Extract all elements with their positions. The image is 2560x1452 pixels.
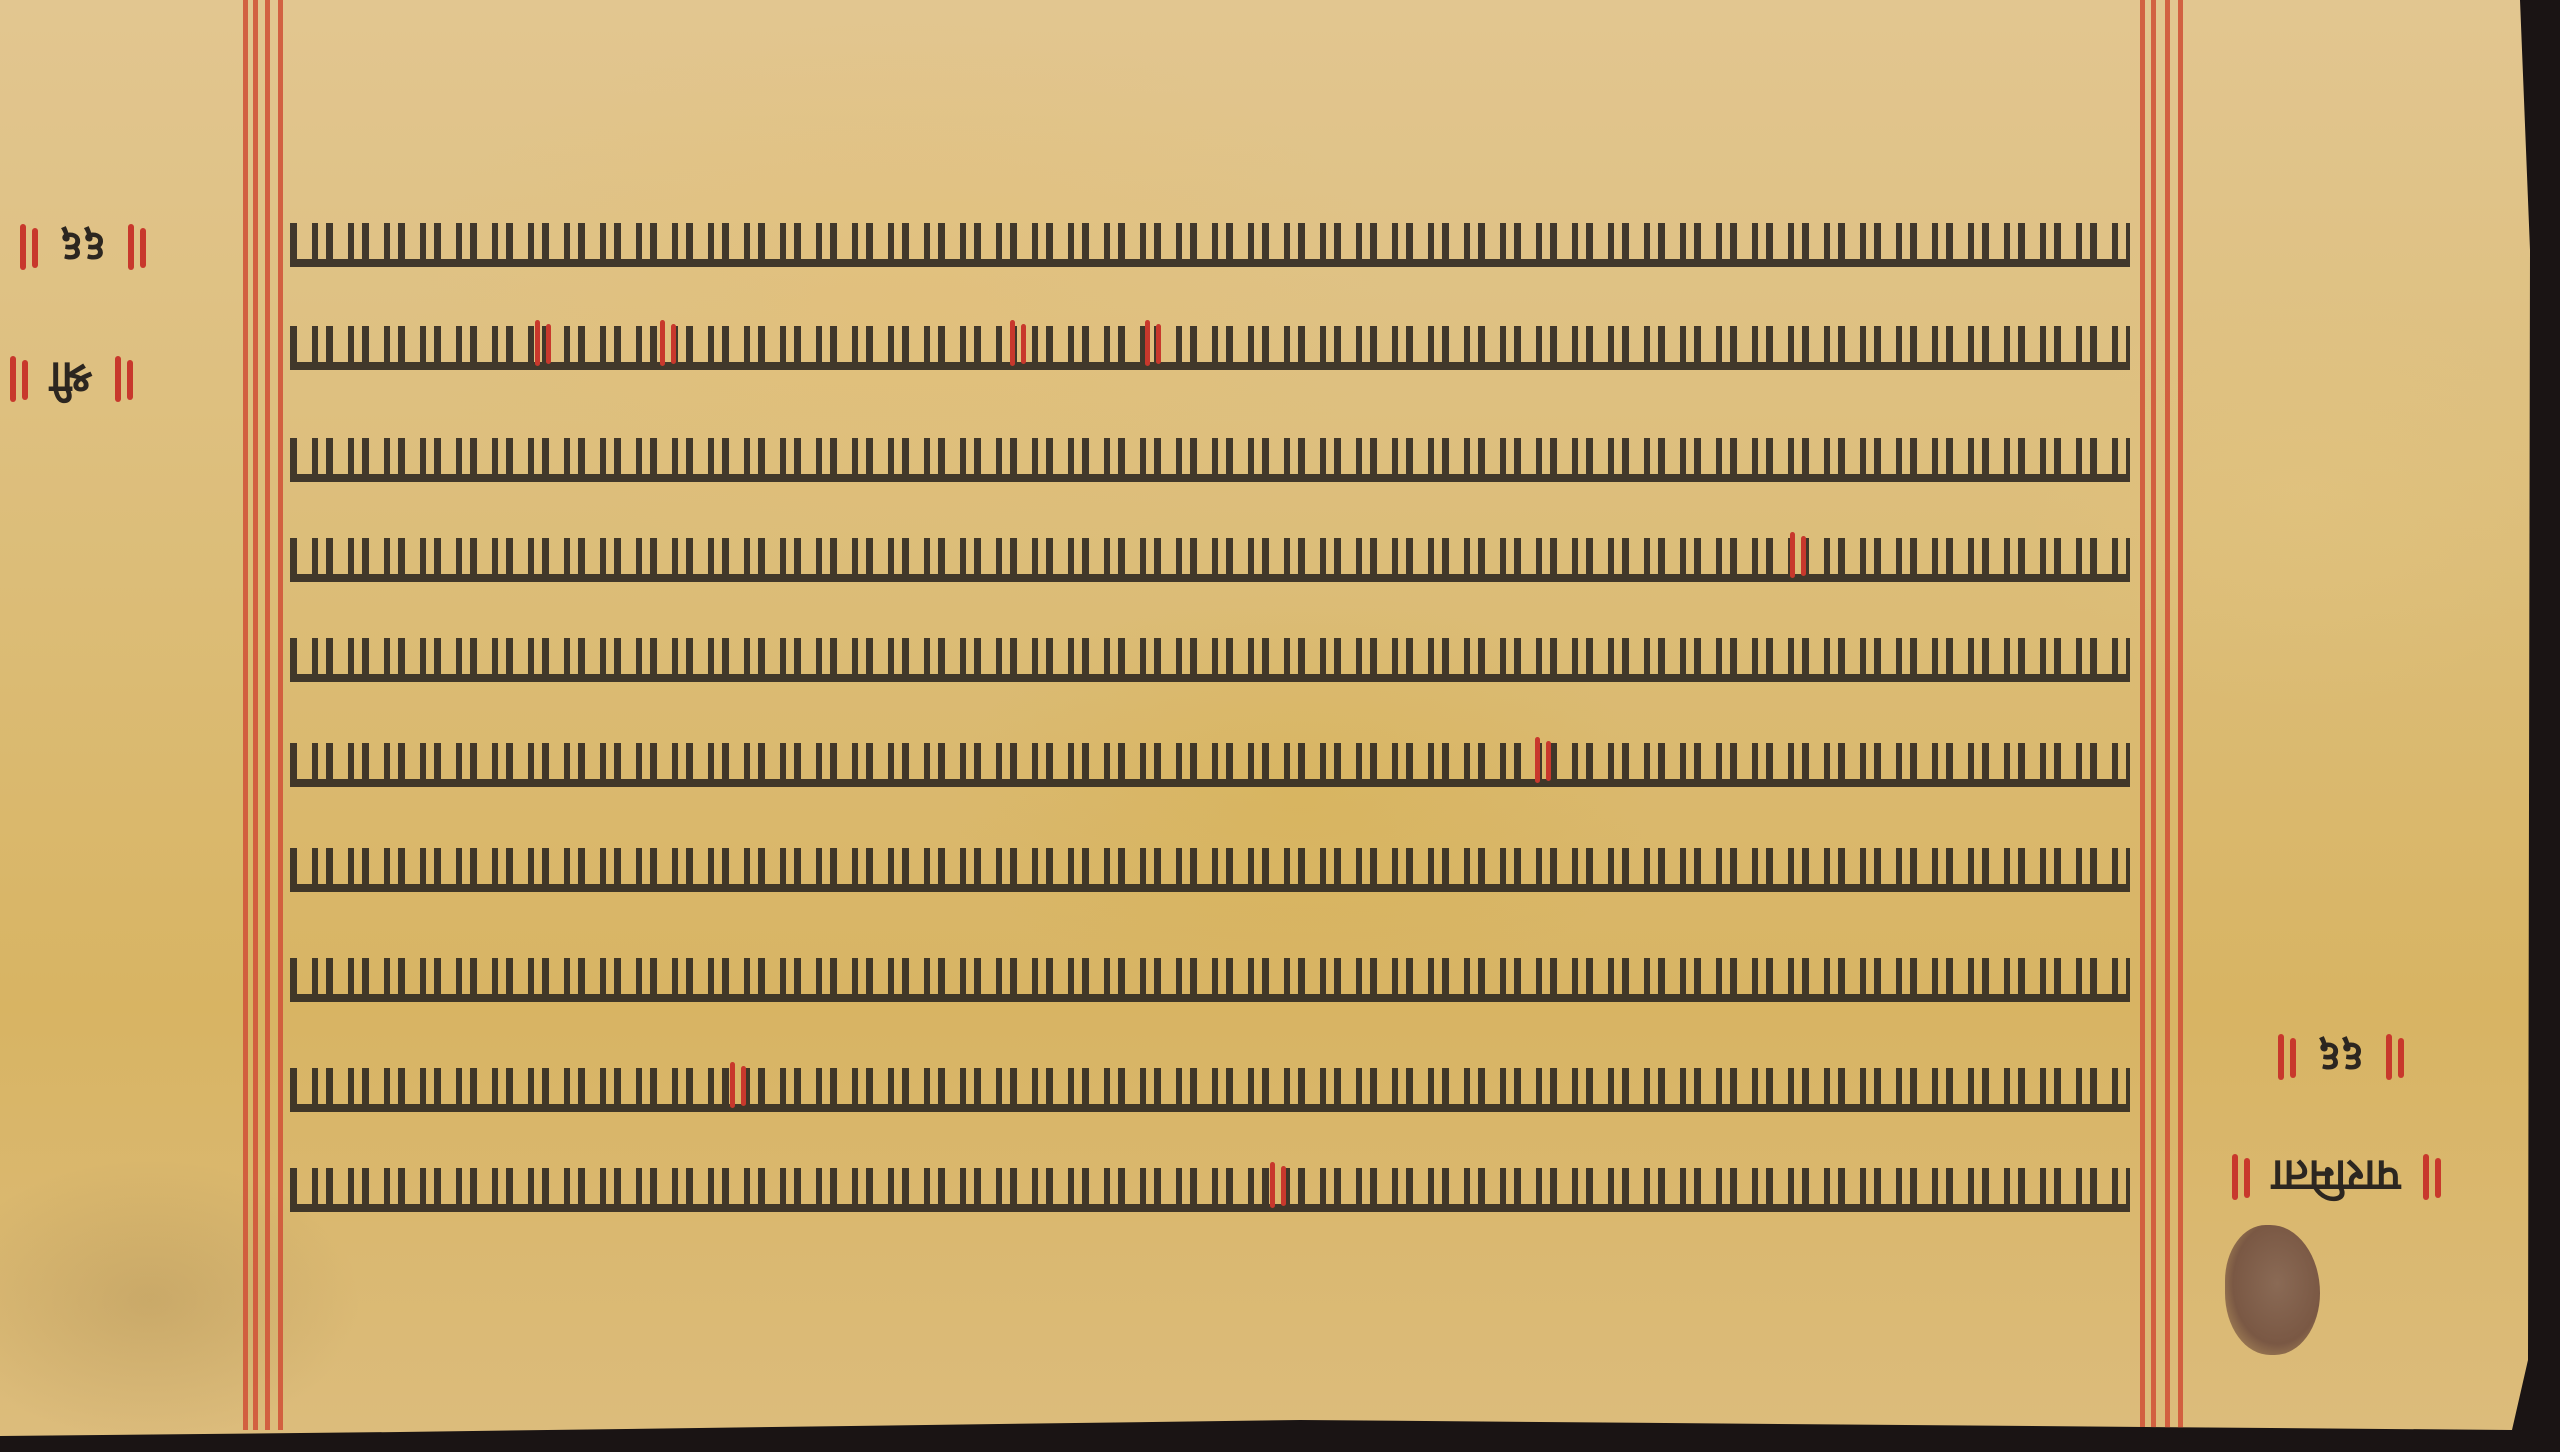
right-ruling-line [2140,0,2145,1430]
folio-number: ६६ [60,218,106,278]
text-line [290,1060,2130,1130]
danda-mark [10,356,28,404]
danda-mark [2278,1034,2296,1082]
red-danda-mark [535,320,553,368]
danda-mark [128,224,146,272]
script-glyphs [290,215,2130,271]
text-line [290,950,2130,1020]
danda-mark [2232,1154,2250,1202]
right-margin-title: पारमिता [2232,1148,2441,1208]
margin-title: पारमिता [2272,1148,2401,1208]
left-ruling-line [243,0,248,1430]
red-danda-mark [1790,532,1808,580]
red-danda-mark [1010,320,1028,368]
text-line [290,840,2130,910]
left-ruling-line [265,0,270,1430]
folio-number: ६६ [2318,1028,2364,1088]
script-glyphs [290,530,2130,586]
danda-mark [115,356,133,404]
text-line [290,1160,2130,1230]
red-danda-mark [1535,737,1553,785]
left-margin-title: श्री [10,350,133,410]
text-line [290,318,2130,388]
script-glyphs [290,318,2130,374]
script-glyphs [290,950,2130,1006]
script-glyphs [290,1060,2130,1116]
left-ruling-line [278,0,283,1430]
script-glyphs [290,1160,2130,1216]
danda-mark [2386,1034,2404,1082]
right-ruling-line [2178,0,2183,1430]
margin-title: श्री [50,350,93,410]
danda-mark [2423,1154,2441,1202]
script-glyphs [290,430,2130,486]
red-danda-mark [660,320,678,368]
right-margin-folio-number: ६६ [2278,1028,2404,1088]
right-ruling-line [2151,0,2156,1430]
text-line [290,735,2130,805]
script-glyphs [290,630,2130,686]
water-stain [2225,1225,2320,1355]
manuscript-folio: ६६ श्री ६६ पारमिता [0,0,2535,1440]
script-glyphs [290,840,2130,896]
red-danda-mark [1270,1162,1288,1210]
red-danda-mark [1145,320,1163,368]
script-glyphs [290,735,2130,791]
left-ruling-line [253,0,258,1430]
text-line [290,530,2130,600]
red-danda-mark [730,1062,748,1110]
danda-mark [20,224,38,272]
text-line [290,430,2130,500]
right-ruling-line [2165,0,2170,1430]
text-line [290,630,2130,700]
text-line [290,215,2130,285]
left-margin-folio-number: ६६ [20,218,146,278]
